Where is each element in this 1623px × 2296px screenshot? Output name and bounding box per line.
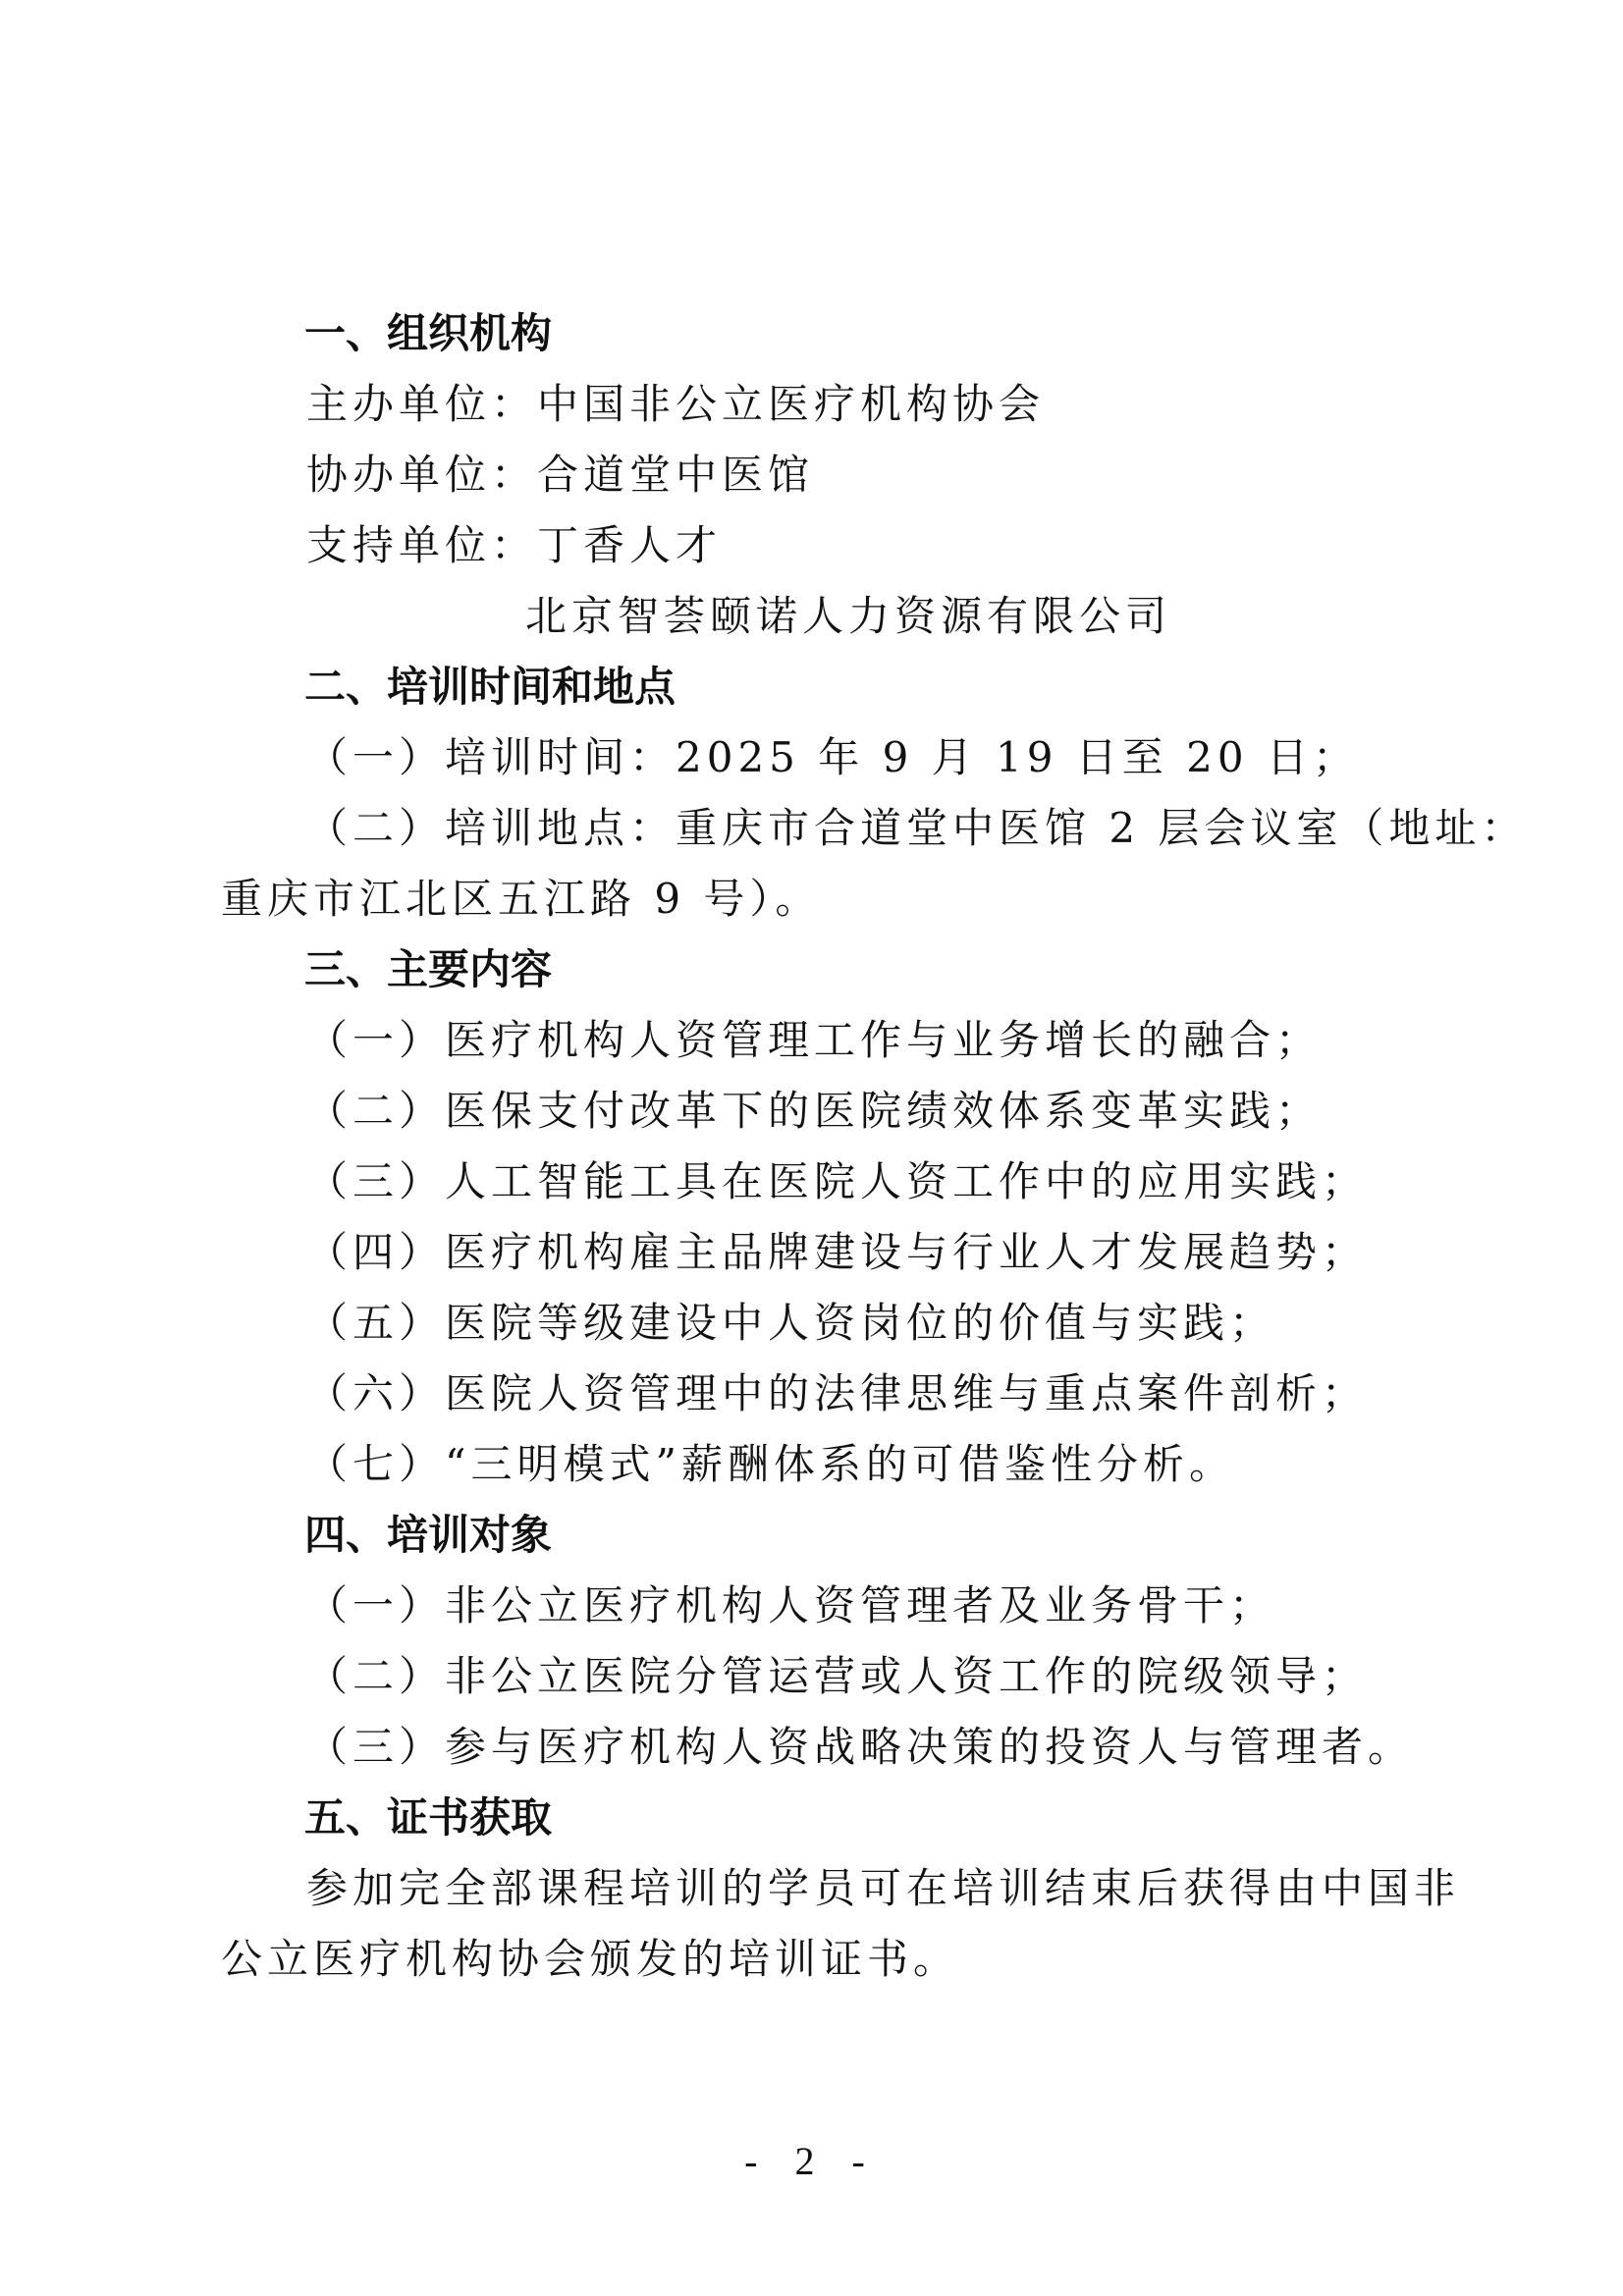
page-number: - 2 - (0, 2138, 1623, 2184)
audience-item-3: （三）参与医疗机构人资战略决策的投资人与管理者。 (306, 1724, 1414, 1771)
training-place-line-2: 重庆市江北区五江路 9 号）。 (221, 876, 821, 923)
support-unit-label: 支持单位： (306, 521, 537, 569)
co-host-unit-label: 协办单位： (306, 451, 537, 499)
content-item-5: （五）医院等级建设中人资岗位的价值与实践； (306, 1300, 1275, 1347)
section-heading-content: 三、主要内容 (304, 946, 552, 993)
content-item-6: （六）医院人资管理中的法律思维与重点案件剖析； (306, 1370, 1368, 1417)
audience-item-2: （二）非公立医院分管运营或人资工作的院级领导； (306, 1653, 1368, 1700)
section-heading-time-place: 二、培训时间和地点 (304, 664, 676, 711)
host-unit-label: 主办单位： (306, 380, 537, 428)
support-unit-value-1: 丁香人才 (537, 521, 722, 569)
section-heading-audience: 四、培训对象 (304, 1512, 552, 1559)
audience-item-1: （一）非公立医疗机构人资管理者及业务骨干； (306, 1582, 1275, 1629)
certificate-paragraph-line-1: 参加完全部课程培训的学员可在培训结束后获得由中国非 (306, 1865, 1460, 1912)
certificate-paragraph-line-2: 公立医疗机构协会颁发的培训证书。 (221, 1936, 959, 1983)
support-unit-row: 支持单位：丁香人才 (306, 522, 722, 569)
co-host-unit-value: 合道堂中医馆 (537, 451, 814, 499)
section-heading-certificate: 五、证书获取 (304, 1794, 552, 1842)
support-unit-value-2: 北京智荟颐诺人力资源有限公司 (525, 593, 1171, 640)
section-heading-organization: 一、组织机构 (304, 310, 552, 357)
content-item-2: （二）医保支付改革下的医院绩效体系变革实践； (306, 1088, 1322, 1135)
content-item-7: （七）“三明模式”薪酬体系的可借鉴性分析。 (306, 1441, 1235, 1488)
content-item-3: （三）人工智能工具在医院人资工作中的应用实践； (306, 1158, 1368, 1205)
training-time: （一）培训时间：2025 年 9 月 19 日至 20 日； (306, 734, 1359, 781)
co-host-unit-row: 协办单位：合道堂中医馆 (306, 452, 814, 499)
content-item-1: （一）医疗机构人资管理工作与业务增长的融合； (306, 1017, 1322, 1064)
content-item-4: （四）医疗机构雇主品牌建设与行业人才发展趋势； (306, 1229, 1368, 1276)
host-unit-value: 中国非公立医疗机构协会 (537, 380, 1045, 428)
training-place-line-1: （二）培训地点：重庆市合道堂中医馆 2 层会议室（地址： (306, 805, 1527, 852)
host-unit-row: 主办单位：中国非公立医疗机构协会 (306, 381, 1045, 428)
